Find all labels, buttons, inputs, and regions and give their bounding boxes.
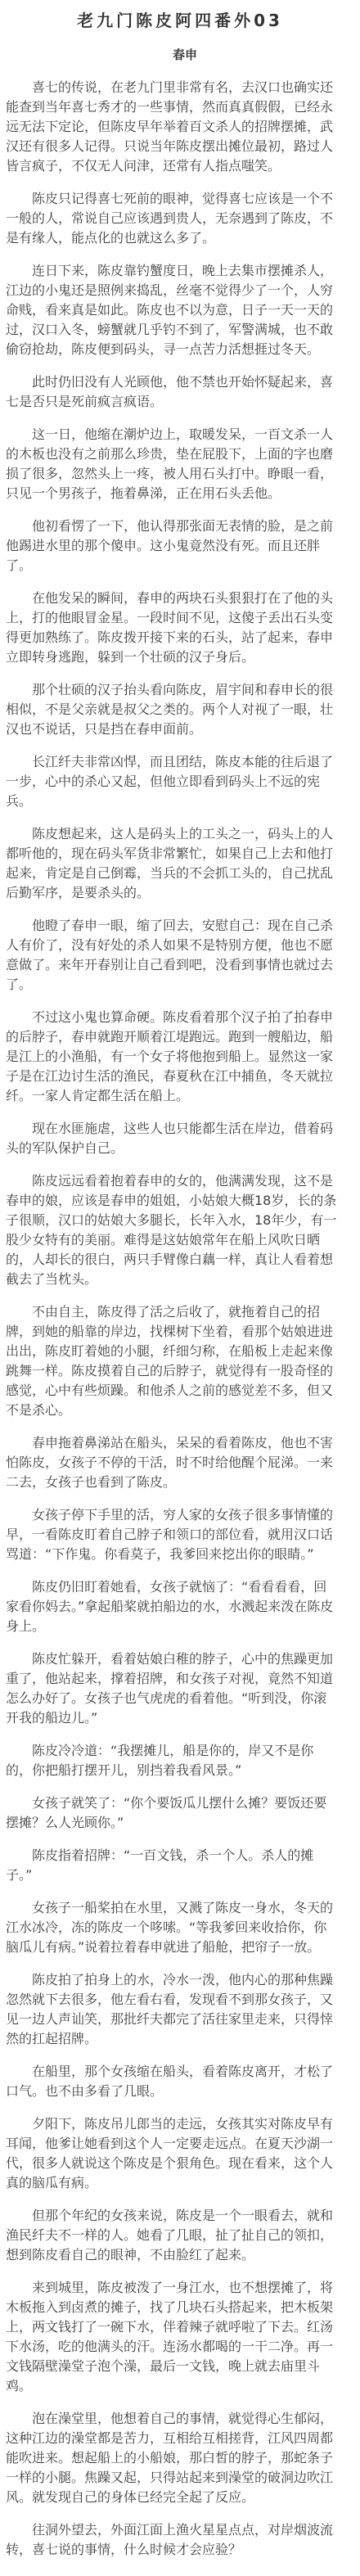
paragraph: 这一日，他缩在潮炉边上，取暖发呆，一百文杀一人的木板也没有之前那么珍贵，垫在屁股… <box>6 425 340 503</box>
paragraph: 女孩子就笑了：“你个要饭瓜儿摆什么摊？要饭还要摆摊？么人光顾你。” <box>6 1793 340 1833</box>
article-title: 老九门陈皮阿四番外03 <box>0 10 360 31</box>
paragraph: 不过这小鬼也算命硬。陈皮看着那个汉子拍了拍春申的后脖子，春申就跑开顺着江堤跑远。… <box>6 1008 340 1106</box>
paragraph: 夕阳下，陈皮吊儿郎当的走远，女孩其实对陈皮早有耳闻，他爹让她看到这个人一定要走远… <box>6 2114 340 2193</box>
paragraph: 陈皮远远看着抱着春申的女的，他满满发现，这不是春申的娘，应该是春申的姐姐，小姑娘… <box>6 1171 340 1289</box>
paragraph: 连日下来，陈皮靠钓蟹度日，晚上去集市摆摊杀人，江边的小鬼还是照例来捣乱，丝毫不觉… <box>6 261 340 359</box>
paragraph: 在船里，那个女孩缩在船头，看着陈皮离开，才松了口气。也不由多看了几眼。 <box>6 2062 340 2101</box>
paragraph: 陈皮忙躲开，看着姑娘白稚的脖子，心中的焦躁更加重了，他站起来，撑着招牌，和女孩子… <box>6 1649 340 1728</box>
paragraph: 泡在澡堂里，他想着自己的事情，就觉得心生郁闷，这种江边的澡堂都是苦力，互相给互相… <box>6 2409 340 2507</box>
paragraph: 现在水匪施虐，这些人也只能都生活在岸边，借着码头的军队保护自己。 <box>6 1119 340 1158</box>
paragraph: 女孩子停下手里的活，穷人家的女孩子很多事情懂的早，一看陈皮盯着自己脖子和领口的部… <box>6 1505 340 1564</box>
paragraph: 陈皮拍了拍身上的水，冷水一泼，他内心的那种焦躁忽然就下去很多，他左看右看，发现看… <box>6 1970 340 2049</box>
paragraph: 女孩子一船桨拍在水里，又溅了陈皮一身水，冬天的江水冰冷，冻的陈皮一个哆嗦。“等我… <box>6 1898 340 1957</box>
paragraph: 喜七的传说，在老九门里非常有名，去汉口也确实还能查到当年喜七秀才的一些事情，然而… <box>6 78 340 176</box>
paragraph: 那个壮硕的汉子抬头看向陈皮，眉宇间和春申长的很相似，不是父亲就是叔父之类的。两个… <box>6 680 340 739</box>
paragraph: 陈皮想起来，这人是码头上的工头之一，码头上的人都听他的，现在码头军货非常繁忙，如… <box>6 824 340 903</box>
paragraph: 长江纤夫非常凶悍，而且团结，陈皮本能的往后退了一步，心中的杀心又起，但他立即看到… <box>6 752 340 811</box>
paragraph: 来到城里，陈皮被泼了一身江水，也不想摆摊了，将木板拖入到卤煮的摊子，找了几块石头… <box>6 2278 340 2396</box>
paragraph: 陈皮仍旧盯着她看，女孩子就恼了：“看看看看，回家看你妈去。”拿起船桨就拍船边的水… <box>6 1577 340 1636</box>
article: 老九门陈皮阿四番外03 春申 喜七的传说，在老九门里非常有名，去汉口也确实还能查… <box>0 0 360 2576</box>
article-body: 春申 喜七的传说，在老九门里非常有名，去汉口也确实还能查到当年喜七秀才的一些事情… <box>0 45 347 2560</box>
paragraph: 但那个年纪的女孩来说，陈皮是一个一眼看去，就和渔民纤夫不一样的人。她看了几眼，扯… <box>6 2206 340 2265</box>
paragraph: 陈皮冷冷道：“我摆摊儿，船是你的，岸又不是你的，你把船打摆开儿，别挡着我看风景。… <box>6 1741 340 1780</box>
paragraph: 陈皮只记得喜七死前的眼神，觉得喜七应该是一个不一般的人，常说自己应该遇到贵人，无… <box>6 189 340 248</box>
paragraph: 春申拖着鼻涕站在船头，呆呆的看着陈皮，他也不害怕陈皮，女孩子不停的干活，时不时给… <box>6 1433 340 1492</box>
paragraph: 不由自主，陈皮得了活之后收了，就拖着自己的招牌，到她的船靠的岸边，找棵树下坐着，… <box>6 1302 340 1420</box>
paragraph: 此时仍旧没有人光顾他，他不禁也开始怀疑起来，喜七是否只是死前疯言疯语。 <box>6 372 340 412</box>
paragraph: 他瞪了春申一眼，缩了回去，安慰自己：现在自己杀人有价了，没有好处的杀人如果不是特… <box>6 916 340 995</box>
paragraph: 陈皮指着招牌：“一百文钱，杀一个人。杀人的摊子。” <box>6 1846 340 1885</box>
paragraph: 往洞外望去，外面江面上渔火星星点点，对岸烟波流转，喜七说的事情，什么时候才会应验… <box>6 2520 340 2560</box>
paragraph: 在他发呆的瞬间，春申的两块石头狠狠打在了他的头上，打的他眼冒金星。一段时间不见，… <box>6 589 340 667</box>
chapter-subtitle: 春申 <box>6 45 340 65</box>
paragraph: 他初看愣了一下，他认得那张面无表情的脸，是之前他踢进水里的那个傻申。这小鬼竟然没… <box>6 517 340 575</box>
